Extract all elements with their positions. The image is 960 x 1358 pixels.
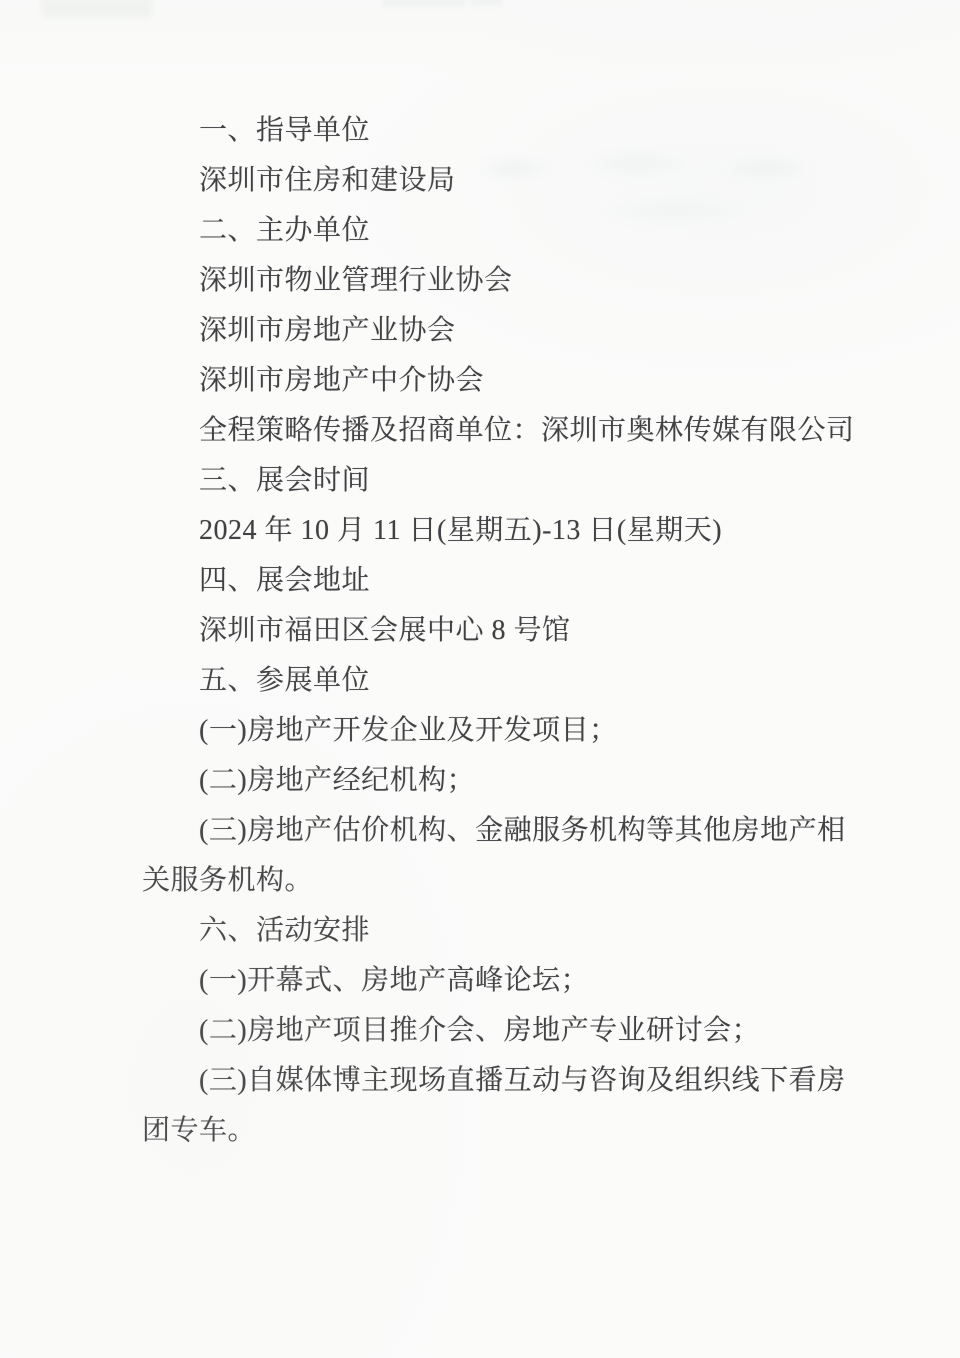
list-item: (一)开幕式、房地产高峰论坛； (142, 956, 842, 1006)
scan-artifact-top-strip (383, 0, 465, 7)
document-line: 深圳市房地产中介协会 (142, 356, 842, 406)
section-heading: 一、指导单位 (142, 106, 842, 156)
section-heading: 二、主办单位 (142, 206, 842, 256)
scan-artifact-top-strip (470, 0, 502, 6)
list-item-continuation: 关服务机构。 (142, 856, 842, 906)
document-line: 全程策略传播及招商单位：深圳市奥林传媒有限公司 (142, 406, 842, 456)
document-line: 2024 年 10 月 11 日(星期五)-13 日(星期天) (142, 506, 842, 556)
section-heading: 五、参展单位 (142, 656, 842, 706)
document-line: 深圳市房地产业协会 (142, 306, 842, 356)
list-item-continuation: 团专车。 (142, 1106, 842, 1156)
document-body: 一、指导单位 深圳市住房和建设局 二、主办单位 深圳市物业管理行业协会 深圳市房… (142, 106, 842, 1156)
section-heading: 六、活动安排 (142, 906, 842, 956)
list-item: (三)房地产估价机构、金融服务机构等其他房地产相 (142, 806, 842, 856)
document-line: 深圳市物业管理行业协会 (142, 256, 842, 306)
section-heading: 四、展会地址 (142, 556, 842, 606)
list-item: (三)自媒体博主现场直播互动与咨询及组织线下看房 (142, 1056, 842, 1106)
document-line: 深圳市住房和建设局 (142, 156, 842, 206)
list-item: (二)房地产经纪机构； (142, 756, 842, 806)
list-item: (一)房地产开发企业及开发项目； (142, 706, 842, 756)
section-heading: 三、展会时间 (142, 456, 842, 506)
scanned-document-page: 一、指导单位 深圳市住房和建设局 二、主办单位 深圳市物业管理行业协会 深圳市房… (0, 0, 960, 1358)
list-item: (二)房地产项目推介会、房地产专业研讨会； (142, 1006, 842, 1056)
scan-artifact-top-left (42, 0, 152, 18)
document-line: 深圳市福田区会展中心 8 号馆 (142, 606, 842, 656)
